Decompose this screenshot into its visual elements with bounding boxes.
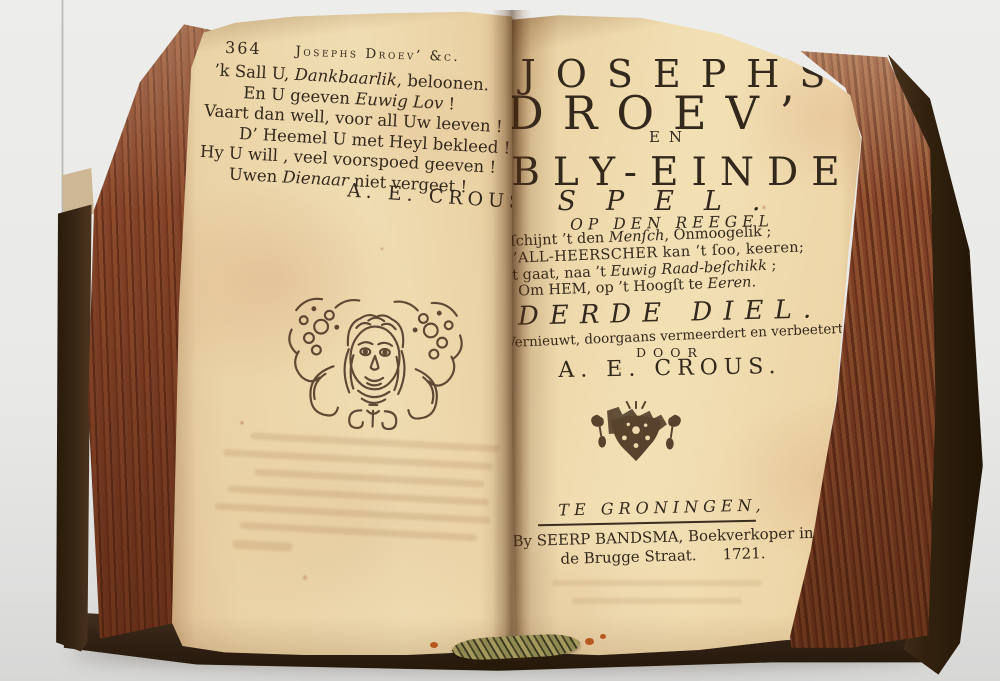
imprint-year: 1721. [722, 544, 765, 563]
imprint-address: de Brugge Straat. [560, 546, 697, 568]
author-name: A. E. CROUS. [512, 353, 828, 384]
title-line-en: EN [512, 128, 828, 146]
left-page: 364 Josephs Droev’ &c. ’k Sall U, Dankba… [165, 10, 515, 655]
page-showthrough [572, 598, 742, 604]
page-number: 364 [225, 38, 262, 58]
running-title: Josephs Droev’ &c. [295, 43, 460, 65]
page-showthrough [552, 580, 762, 586]
wear-spot [430, 642, 438, 648]
motto-block: ſchijnt ’t den Menſch, Onmoogelik ; D’AL… [504, 221, 842, 301]
page-showthrough [204, 430, 510, 574]
mascaron-woodcut-ornament [274, 273, 475, 440]
wear-spot [600, 634, 606, 639]
imprint-place: TE GRONINGEN, [512, 494, 812, 520]
floral-tailpiece-ornament [578, 398, 694, 470]
wear-spot [585, 638, 594, 645]
photo-backdrop: 364 Josephs Droev’ &c. ’k Sall U, Dankba… [0, 0, 1000, 681]
verse-block: ’k Sall U, Dankbaarlik, beloonen. En U g… [198, 60, 514, 200]
